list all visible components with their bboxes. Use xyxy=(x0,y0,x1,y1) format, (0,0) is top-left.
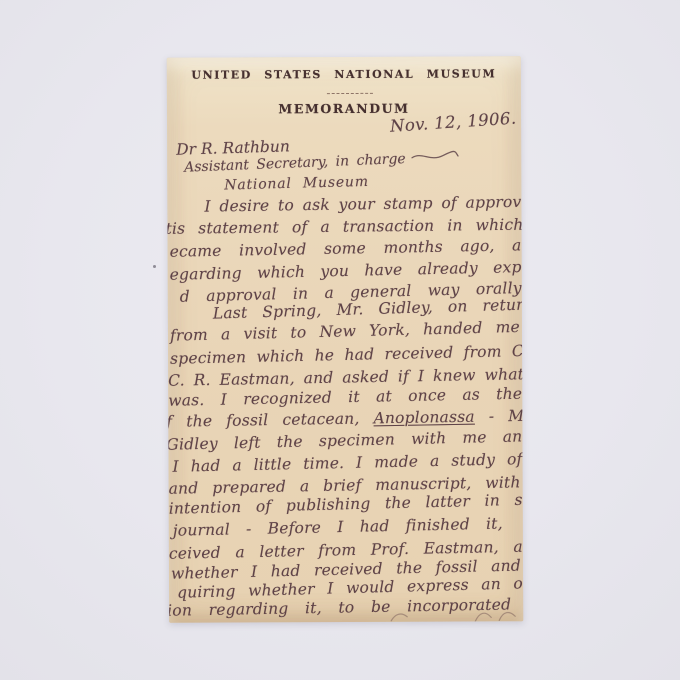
dust-speck xyxy=(153,265,156,268)
species-name-underlined: Anoplonassa xyxy=(373,408,475,428)
photo-background: UNITED STATES NATIONAL MUSEUM MEMORANDUM… xyxy=(0,0,680,680)
body-line: I desire to ask your stamp of approv xyxy=(204,194,521,217)
body-line: I had a little time. I made a study of xyxy=(172,451,522,476)
body-line: ecame involved some months ago, a xyxy=(169,237,521,261)
body-line: tis statement of a transaction in which xyxy=(167,217,523,239)
memo-paper: UNITED STATES NATIONAL MUSEUM MEMORANDUM… xyxy=(167,56,523,623)
body-line-text: f the fossil cetacean, xyxy=(167,409,374,430)
letterhead-rule xyxy=(327,93,373,94)
letterhead-title: UNITED STATES NATIONAL MUSEUM xyxy=(167,67,521,82)
partial-line-strokes xyxy=(387,607,517,622)
body-line: specimen which he had received from C xyxy=(170,343,523,369)
pen-flourish xyxy=(409,149,460,167)
body-line: journal - Before I had finished it, xyxy=(173,516,503,541)
body-line-text: - M xyxy=(475,407,524,426)
recipient-org: National Museum xyxy=(224,174,369,194)
